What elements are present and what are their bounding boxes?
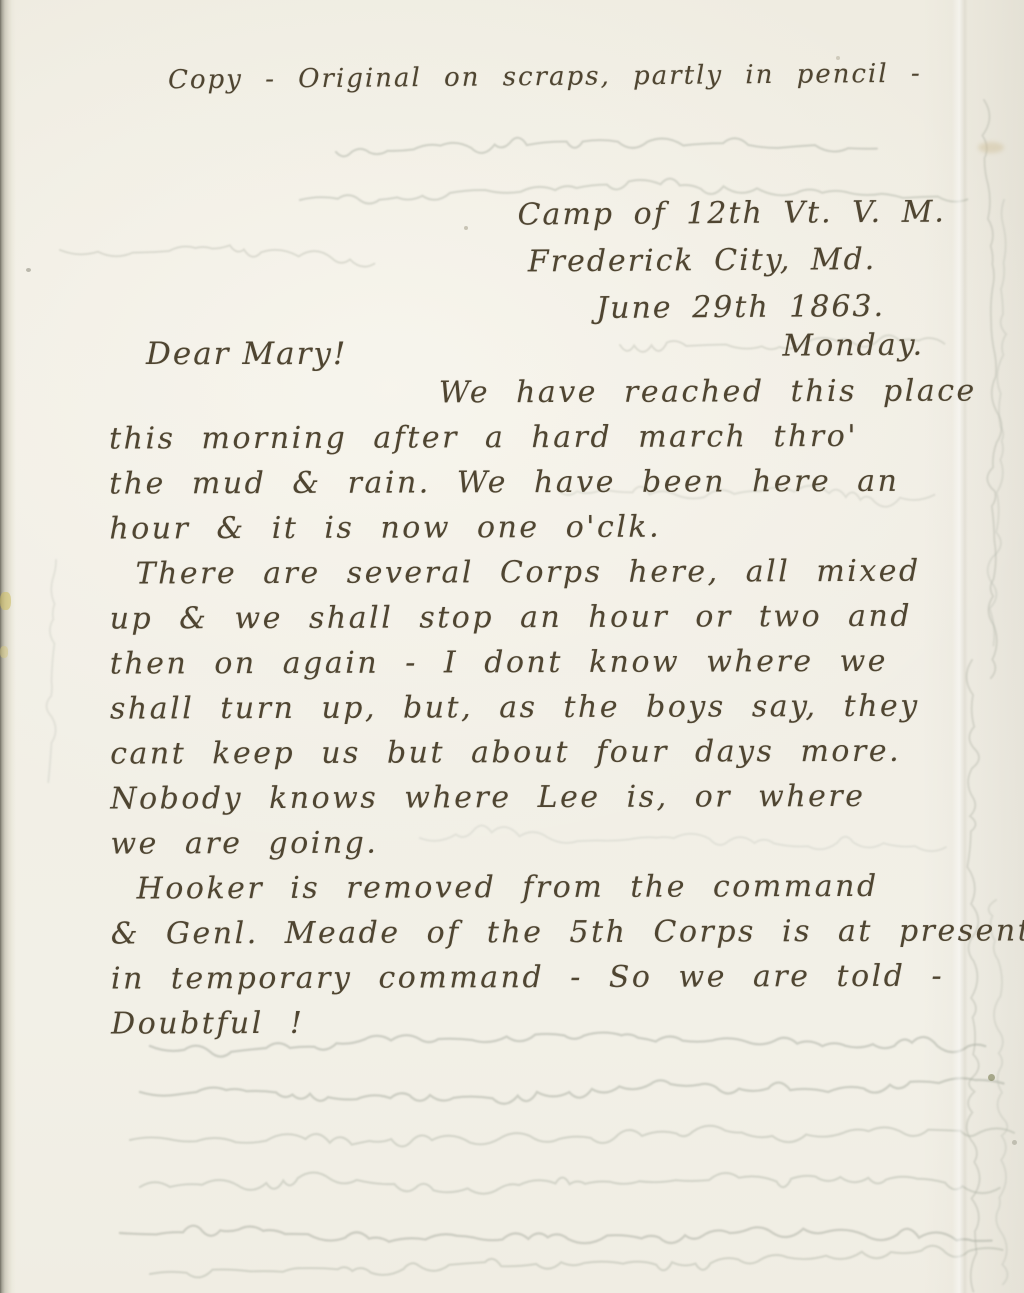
- letter-line: then on again - I dont know where we: [110, 638, 1000, 686]
- paper-smudge: [978, 142, 1004, 153]
- paper-stain: [0, 592, 11, 610]
- heading-line: Monday.: [782, 322, 947, 370]
- paper-speck: [988, 1074, 995, 1081]
- letter-line: in temporary command - So we are told -: [111, 953, 1001, 1001]
- letter-line: shall turn up, but, as the boys say, the…: [110, 683, 1000, 731]
- letter-line: Hooker is removed from the command: [111, 863, 1001, 911]
- letter-line: & Genl. Meade of the 5th Corps is at pre…: [111, 908, 1001, 956]
- paper-speck: [26, 268, 31, 272]
- letter-line: Doubtful !: [111, 998, 1001, 1046]
- paper-speck: [464, 226, 468, 230]
- letter-line: up & we shall stop an hour or two and: [110, 593, 1000, 641]
- heading-line: Camp of 12th Vt. V. M.: [517, 189, 946, 239]
- scanned-letter-page: Copy - Original on scraps, partly in pen…: [0, 0, 1024, 1293]
- letter-line: There are several Corps here, all mixed: [109, 548, 999, 596]
- letter-line: cant keep us but about four days more.: [110, 728, 1000, 776]
- paragraph: We have reached this placethis morning a…: [109, 368, 1000, 551]
- letter-line: Nobody knows where Lee is, or where: [110, 773, 1000, 821]
- paragraph: There are several Corps here, all mixedu…: [109, 548, 1000, 866]
- letter-line: we are going.: [110, 818, 1000, 866]
- salutation: Dear Mary!: [146, 336, 347, 372]
- paper-stain: [0, 646, 8, 658]
- letter-line: the mud & rain. We have been here an: [109, 458, 999, 506]
- heading-line: Frederick City, Md.: [528, 236, 947, 286]
- letter-line: hour & it is now one o'clk.: [109, 503, 999, 551]
- letter-line: We have reached this place: [109, 368, 999, 416]
- paper-speck: [836, 56, 840, 60]
- paragraph: Hooker is removed from the command& Genl…: [111, 863, 1002, 1046]
- letter-body: We have reached this placethis morning a…: [109, 368, 1001, 1046]
- paper-speck: [1012, 1140, 1017, 1145]
- letter-line: this morning after a hard march thro': [109, 413, 999, 461]
- letter-heading: Camp of 12th Vt. V. M.Frederick City, Md…: [517, 189, 947, 372]
